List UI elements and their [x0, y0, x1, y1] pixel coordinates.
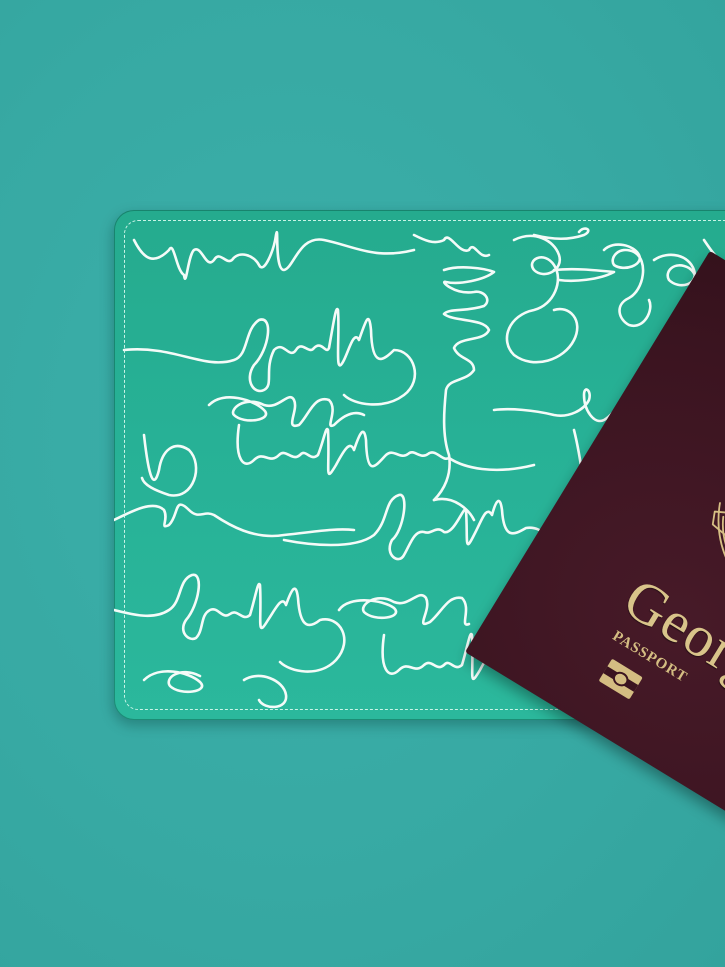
biometric-chip-icon — [597, 657, 644, 701]
